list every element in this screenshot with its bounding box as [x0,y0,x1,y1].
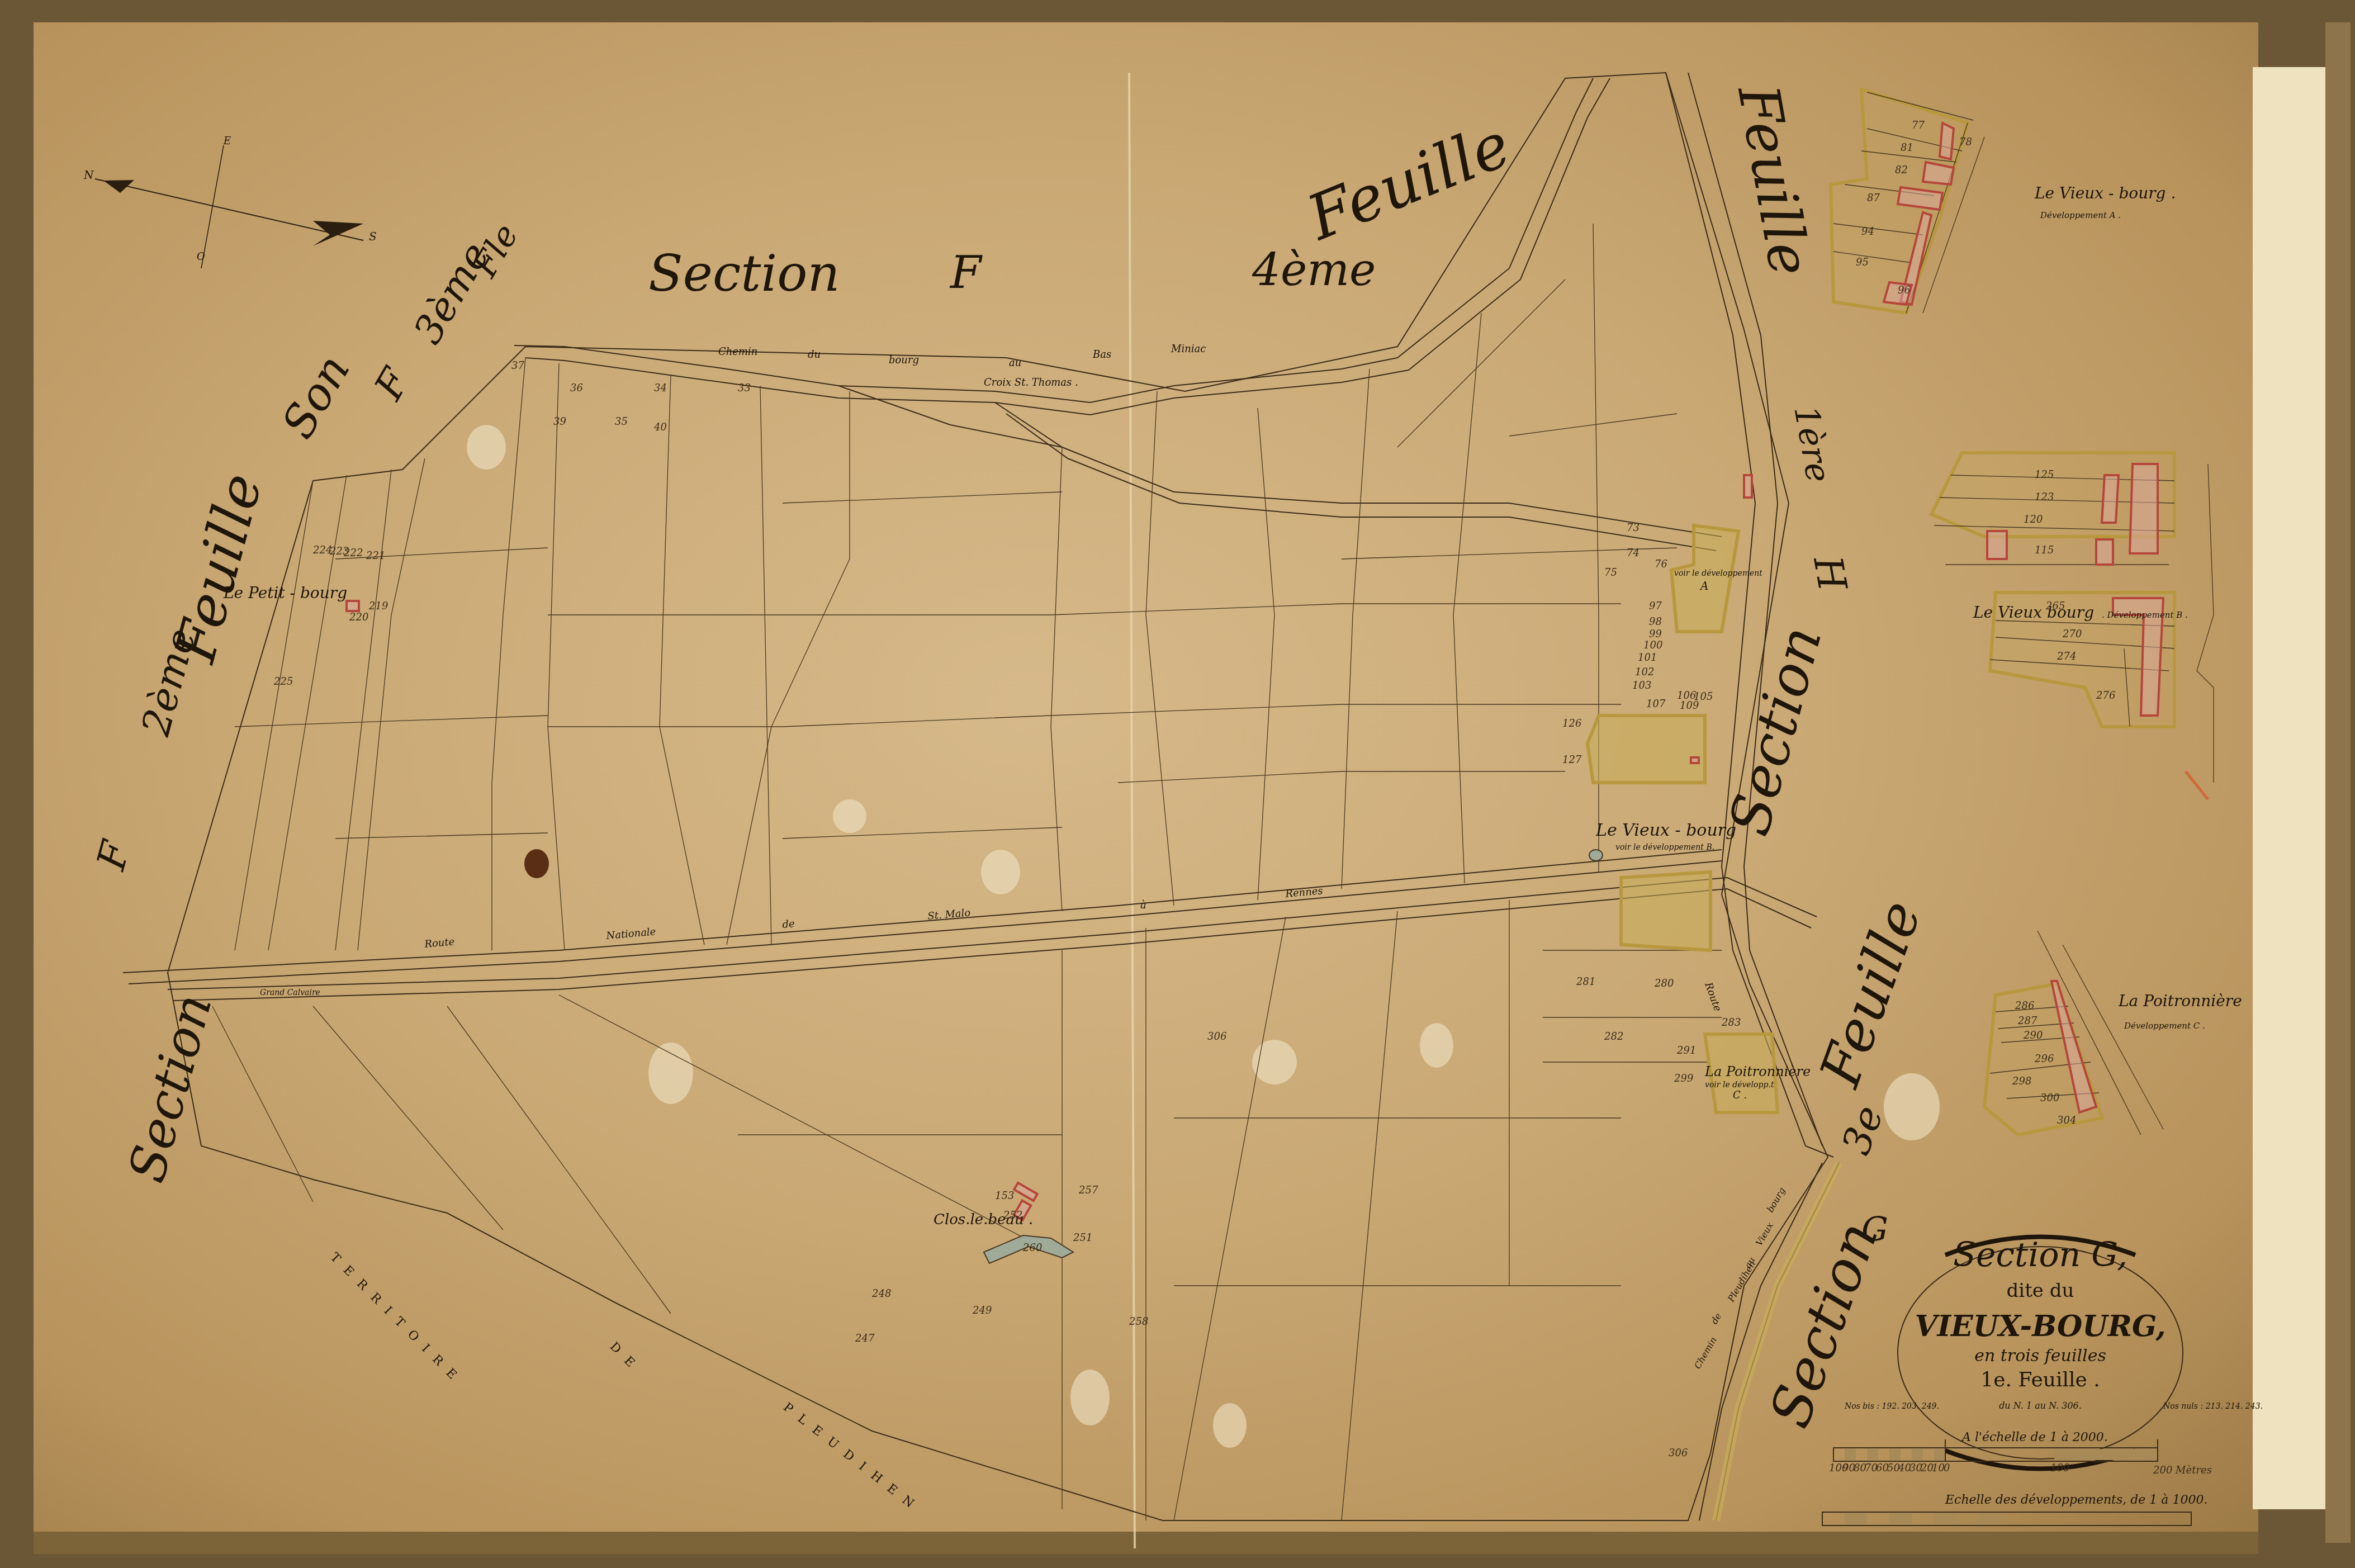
svg-text:33: 33 [738,382,751,394]
svg-text:98: 98 [1649,616,1662,628]
svg-text:Bas: Bas [1092,349,1111,361]
place-vieux-bourg: Le Vieux - bourg [1595,821,1736,840]
svg-text:au: au [1009,357,1021,369]
cartouche-nos-bis: Nos bis : 192. 203. 249. [1844,1402,1939,1411]
development-b-inset: Le Vieux bourg . Développement B . 125 1… [1931,453,2188,727]
svg-text:Route: Route [424,936,455,950]
svg-text:248: 248 [871,1288,891,1300]
svg-text:87: 87 [1867,192,1880,204]
svg-text:296: 296 [2034,1053,2054,1065]
cartouche-sheets: en trois feuilles [1974,1346,2106,1366]
svg-text:247: 247 [855,1333,875,1344]
svg-text:107: 107 [1646,698,1666,710]
svg-text:82: 82 [1895,164,1908,176]
svg-text:F: F [365,359,420,408]
dev-b-road [2197,464,2214,783]
svg-text:voir le développement: voir le développement [1674,569,1762,578]
svg-text:286: 286 [2015,1000,2034,1012]
development-c-inset: La Poitronnière Développement C . 286 28… [1984,931,2242,1135]
svg-text:0: 0 [1944,1462,1950,1474]
svg-text:PLEUDIHEN: PLEUDIHEN [780,1400,924,1517]
svg-text:306: 306 [1669,1447,1688,1459]
svg-text:St. Malo: St. Malo [927,907,971,922]
svg-text:de: de [782,918,795,931]
svg-text:109: 109 [1680,700,1699,712]
place-petit-bourg: Le Petit - bourg [223,584,347,602]
svg-text:219: 219 [368,600,388,612]
svg-text:299: 299 [1674,1073,1693,1084]
svg-text:283: 283 [1721,1017,1741,1029]
svg-text:Route: Route [1702,980,1724,1013]
svg-text:99: 99 [1649,628,1662,640]
svg-text:153: 153 [995,1190,1014,1202]
svg-text:Section: Section [648,244,840,303]
svg-text:77: 77 [1912,120,1925,131]
svg-text:Chemin: Chemin [718,346,757,358]
svg-text:115: 115 [2035,544,2054,556]
svg-text:voir le développement B.: voir le développement B. [1615,843,1714,852]
section-boundary [168,73,1828,1520]
svg-text:94: 94 [1861,226,1874,238]
cartouche-nos-nuls: Nos nuls : 213. 214. 243. [2163,1402,2263,1411]
dev-c-title: La Poitronnière [2118,992,2242,1010]
svg-text:Feuille: Feuille [1725,79,1823,281]
road-route-nationale [123,850,1817,1001]
svg-text:Croix St. Thomas .: Croix St. Thomas . [984,377,1078,389]
svg-text:A: A [1699,579,1708,593]
compass-south-label: S [369,230,377,243]
svg-text:78: 78 [1959,136,1972,148]
svg-text:304: 304 [2057,1115,2076,1126]
svg-text:DE: DE [607,1340,645,1377]
parcel-numbers: 37 36 34 35 39 40 33 73 74 75 76 97 98 9… [273,360,1741,1459]
compass-north-label: N [83,168,94,182]
cartouche-name: VIEUX-BOURG, [1915,1309,2166,1343]
svg-text:291: 291 [1676,1045,1696,1057]
svg-text:73: 73 [1627,522,1640,534]
svg-text:249: 249 [972,1305,992,1316]
svg-text:C .: C . [1733,1089,1747,1101]
svg-text:287: 287 [2017,1015,2037,1027]
svg-text:100: 100 [2050,1462,2069,1474]
svg-text:voir le développ.t: voir le développ.t [1705,1081,1774,1089]
svg-text:257: 257 [1078,1185,1098,1196]
compass-west-label: O [197,251,205,263]
cartouche-range: du N. 1 au N. 306. [1999,1400,2082,1411]
svg-text:Feuille: Feuille [1807,892,1934,1096]
svg-text:200 Mètres: 200 Mètres [2153,1465,2212,1476]
svg-text:du: du [808,349,821,361]
svg-text:281: 281 [1576,976,1595,988]
svg-text:290: 290 [2023,1030,2043,1041]
svg-text:Son: Son [272,346,360,447]
dev-b-mark [2186,771,2208,799]
svg-text:274: 274 [2057,651,2076,662]
svg-text:258: 258 [1129,1316,1148,1328]
svg-text:F: F [88,835,140,875]
place-labels: Le Petit - bourg Le Vieux - bourg voir l… [223,569,1811,1517]
svg-text:300: 300 [2040,1092,2059,1104]
svg-text:96: 96 [1898,285,1911,296]
svg-text:125: 125 [2035,469,2054,481]
svg-text:Grand Calvaire: Grand Calvaire [260,988,320,997]
dev-a-label: Développement A . [2040,210,2121,220]
svg-text:37: 37 [511,360,524,372]
sheet-label-top: Section F 4ème Feuille [648,108,1520,303]
svg-text:103: 103 [1632,680,1651,691]
svg-text:10: 10 [1932,1462,1945,1474]
compass-rose: N S E O [83,135,377,268]
parcel-lines [212,224,1722,1520]
svg-text:74: 74 [1627,547,1640,559]
scale-2000-title: A l'échelle de 1 à 2000. [1961,1430,2108,1444]
sheet-label-top-left: Son F 3ème Fle [272,217,526,447]
dev-b-title: Le Vieux bourg [1973,603,2094,622]
svg-text:127: 127 [1562,754,1582,766]
compass-east-label: E [223,135,231,147]
sheet-label-left: Section F 2ème Feuille [88,467,275,1188]
road-chemin-bas-miniac [514,78,1722,551]
territoire-label: TERRITOIRE [328,1250,467,1390]
cartouche-title: Section G, [1953,1235,2127,1275]
svg-text:101: 101 [1638,652,1657,664]
svg-text:40: 40 [653,421,667,433]
svg-text:bourg: bourg [1765,1186,1787,1214]
svg-text:123: 123 [2035,491,2054,503]
svg-text:Miniac: Miniac [1171,343,1206,355]
cadastral-map: N S E O Section F 4ème Feuille Son F 3èm… [0,0,2355,1568]
svg-text:100: 100 [1643,639,1662,651]
svg-text:76: 76 [1655,558,1667,570]
svg-text:265: 265 [2045,600,2065,612]
dev-a-title: Le Vieux - bourg . [2034,184,2176,202]
svg-text:102: 102 [1635,666,1654,678]
svg-text:280: 280 [1654,978,1674,989]
svg-text:1ère: 1ère [1786,402,1838,485]
svg-text:126: 126 [1562,718,1581,729]
svg-text:276: 276 [2096,690,2115,702]
svg-text:Nationale: Nationale [605,926,657,942]
svg-text:F: F [949,247,983,299]
development-a-inset: Le Vieux - bourg . Développement A . 77 … [1831,89,2176,313]
svg-text:81: 81 [1901,142,1913,154]
svg-text:34: 34 [654,382,667,394]
svg-text:75: 75 [1604,567,1617,579]
svg-text:224: 224 [312,544,332,556]
svg-text:225: 225 [273,676,293,688]
svg-text:Chemin: Chemin [1692,1335,1719,1371]
svg-text:252: 252 [1003,1210,1022,1221]
svg-text:39: 39 [553,416,566,428]
svg-text:Section: Section [117,988,224,1188]
svg-text:3e: 3e [1833,1100,1892,1160]
svg-text:298: 298 [2012,1076,2031,1087]
buildings-main [347,475,1752,1220]
svg-text:4ème: 4ème [1252,244,1376,296]
svg-text:120: 120 [2024,514,2043,525]
cartouche-sheet: 1e. Feuille . [1980,1368,2100,1391]
cartouche-subtitle: dite du [2007,1280,2074,1302]
svg-text:de: de [1709,1311,1723,1326]
svg-text:H: H [1804,552,1856,595]
place-poitronniere: La Poitronnière [1704,1064,1811,1079]
svg-text:260: 260 [1022,1242,1042,1254]
svg-text:95: 95 [1856,257,1869,268]
svg-text:221: 221 [366,550,385,562]
svg-text:97: 97 [1649,600,1662,612]
dev-c-label: Développement C . [2124,1021,2205,1031]
svg-text:Feuille: Feuille [162,467,275,670]
svg-text:bourg: bourg [889,354,919,366]
svg-text:270: 270 [2062,628,2082,640]
svg-text:G: G [1861,1210,1888,1249]
svg-text:35: 35 [615,416,628,428]
svg-text:220: 220 [349,612,368,623]
svg-text:251: 251 [1073,1232,1092,1244]
scale-1000-title: Echelle des développements, de 1 à 1000. [1945,1493,2207,1507]
svg-text:Feuille: Feuille [1297,108,1520,254]
svg-text:306: 306 [1207,1031,1226,1043]
scale-bar-1000: Echelle des développements, de 1 à 1000. [1822,1493,2207,1526]
svg-text:36: 36 [570,382,583,394]
svg-text:282: 282 [1604,1031,1623,1043]
dev-b-label: . Développement B . [2102,610,2188,620]
sheet-label-bottom-right: Section G 3e Feuille [1757,892,1934,1436]
svg-text:à: à [1140,899,1146,911]
